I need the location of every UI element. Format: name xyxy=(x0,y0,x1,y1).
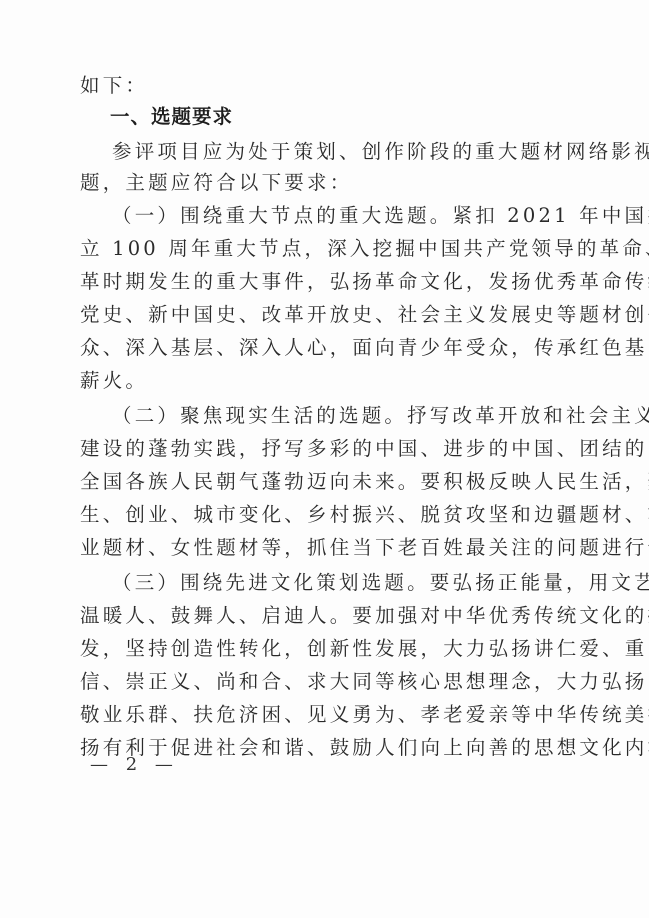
paragraph-3-line: （三）围绕先进文化策划选题。要弘扬正能量，用文艺的力量 xyxy=(112,571,564,595)
paragraph-2-line: （二）聚焦现实生活的选题。抒写改革开放和社会主义现代化 xyxy=(112,404,564,428)
paragraph-1-line: （一）围绕重大节点的重大选题。紧扣 2021 年中国共产党成 xyxy=(112,204,564,228)
paragraph-3-line: 敬业乐群、扶危济困、见义勇为、孝老爱亲等中华传统美德，大力弘 xyxy=(80,703,564,727)
paragraph-3-line: 发，坚持创造性转化，创新性发展，大力弘扬讲仁爱、重民本、守诚 xyxy=(80,637,564,661)
paragraph-1-line: 众、深入基层、深入人心，面向青少年受众，传承红色基因、革命 xyxy=(80,336,564,360)
paragraph-2-line: 建设的蓬勃实践，抒写多彩的中国、进步的中国、团结的中国，激励 xyxy=(80,437,564,461)
paragraph-1-line: 立 100 周年重大节点，深入挖掘中国共产党领导的革命、建设、改 xyxy=(80,237,564,261)
paragraph-1-line: 党史、新中国史、改革开放史、社会主义发展史等题材创作，深入群 xyxy=(80,303,564,327)
intro-paragraph-line: 题，主题应符合以下要求： xyxy=(80,171,564,195)
section-heading: 一、选题要求 xyxy=(110,105,233,129)
intro-text: 如下： xyxy=(80,74,564,98)
paragraph-2-line: 业题材、女性题材等，抓住当下老百姓最关注的问题进行创作。 xyxy=(80,536,564,560)
intro-paragraph-line: 参评项目应为处于策划、创作阶段的重大题材网络影视剧选 xyxy=(112,140,564,164)
paragraph-3-line: 温暖人、鼓舞人、启迪人。要加强对中华优秀传统文化的挖掘和阐 xyxy=(80,604,564,628)
page-number: — 2 — xyxy=(90,753,179,777)
paragraph-2-line: 全国各族人民朝气蓬勃迈向未来。要积极反映人民生活，聚焦民 xyxy=(80,470,564,494)
paragraph-2-line: 生、创业、城市变化、乡村振兴、脱贫攻坚和边疆题材、军事题材、企 xyxy=(80,503,564,527)
document-page: 如下： 一、选题要求 参评项目应为处于策划、创作阶段的重大题材网络影视剧选 题，… xyxy=(0,0,649,918)
paragraph-3-line: 信、崇正义、尚和合、求大同等核心思想理念，大力弘扬自强不息、 xyxy=(80,670,564,694)
paragraph-1-line: 革时期发生的重大事件，弘扬革命文化，发扬优秀革命传统，围绕 xyxy=(80,270,564,294)
paragraph-1-line: 薪火。 xyxy=(80,369,564,393)
